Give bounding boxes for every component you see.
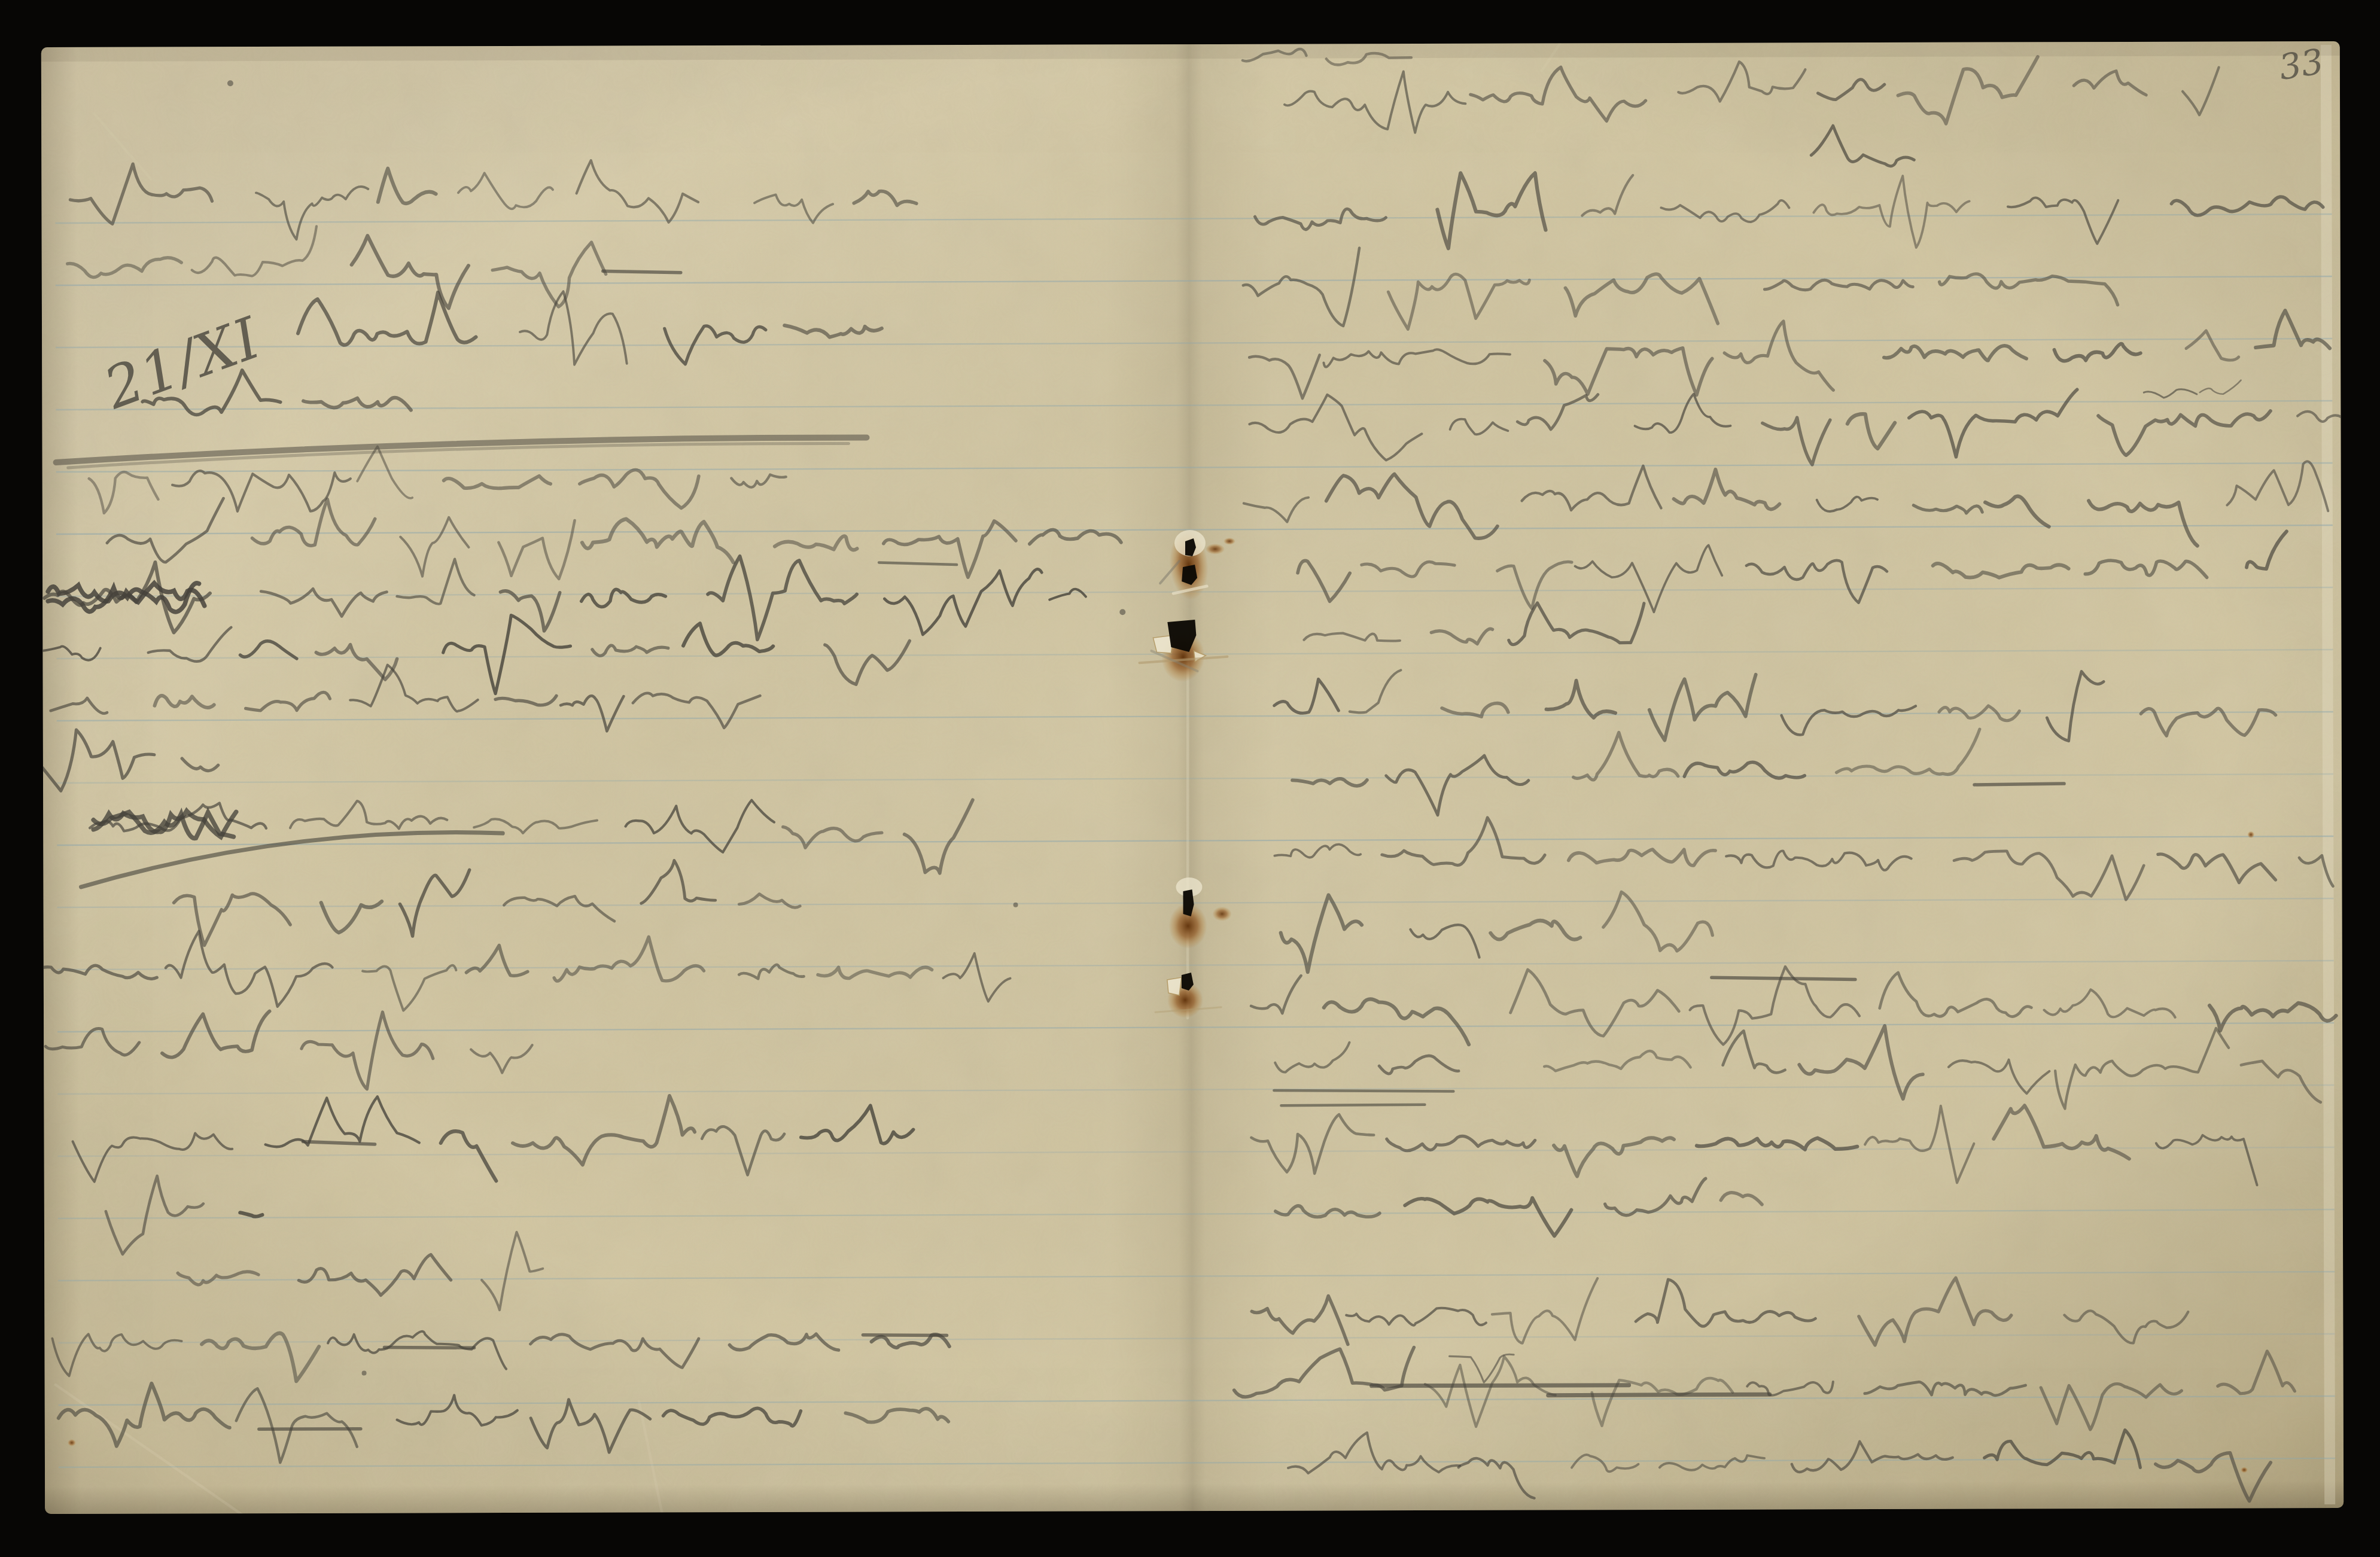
pencil-speck [1119, 609, 1125, 615]
underline-mark [1274, 1090, 1453, 1092]
strike-mark [1548, 1394, 1770, 1395]
rust-speck [1213, 907, 1232, 921]
dash-mark [603, 271, 681, 273]
rust-speck [2241, 1467, 2248, 1473]
dash-mark [863, 1334, 946, 1335]
manuscript-photo: 21/XI 33 [0, 0, 2380, 1557]
dash-mark [1712, 977, 1855, 980]
rust-speck [68, 1439, 76, 1446]
page-number: 33 [2276, 41, 2326, 88]
pencil-speck [362, 1371, 367, 1376]
pencil-speck [1014, 903, 1018, 907]
strike-mark [1372, 1385, 1629, 1386]
rust-speck [1206, 544, 1225, 554]
paper-crease [1186, 634, 1189, 1018]
torn-paper-flap [1167, 977, 1182, 995]
rust-speck [2247, 831, 2254, 838]
dash-mark [259, 1429, 361, 1430]
rust-speck [1224, 538, 1235, 545]
pencil-speck [227, 80, 233, 86]
underline-mark [1281, 1105, 1425, 1106]
notebook-spread-scan: 21/XI 33 [0, 0, 2380, 1557]
dash-mark [384, 1347, 474, 1348]
paper-tilt-group: 21/XI 33 [31, 33, 2350, 1534]
dash-mark [1974, 784, 2064, 785]
paper-shading [41, 41, 2344, 1514]
